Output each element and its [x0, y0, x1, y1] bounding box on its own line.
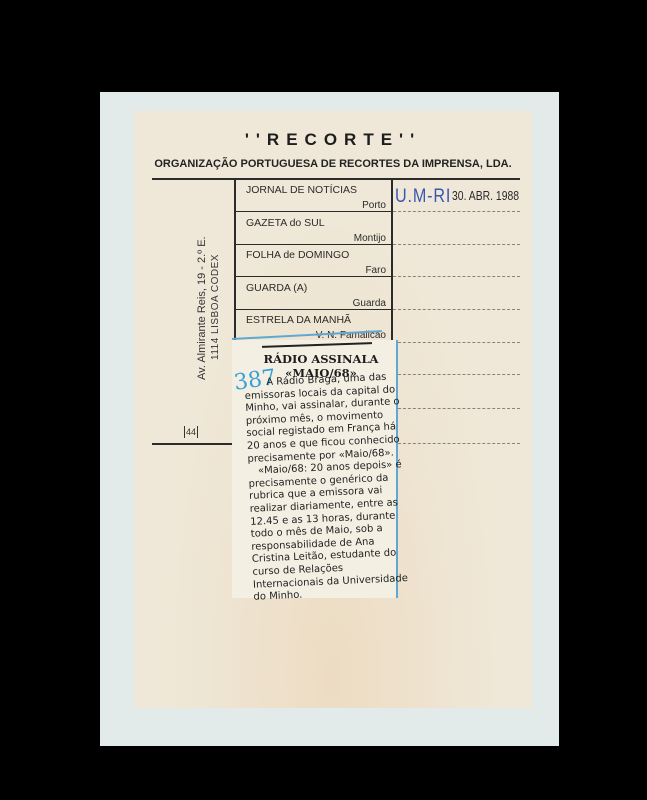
date-row-line	[393, 276, 520, 277]
publication-name: FOLHA de DOMINGO	[246, 249, 349, 261]
date-row-line	[393, 309, 520, 310]
publication-name: GAZETA do SUL	[246, 217, 325, 229]
clipping-body: A Rádio Braga, uma das emissoras locais …	[244, 371, 412, 604]
row-rule	[236, 309, 391, 310]
date-row-line	[393, 342, 520, 343]
row-rule	[236, 276, 391, 277]
date-stamp: 30. ABR. 1988	[452, 188, 519, 203]
publication-city: Faro	[365, 265, 386, 276]
address-line-street: Av. Almirante Reis, 19 - 2.º E.	[196, 236, 208, 380]
company-title: ''RECORTE''	[134, 130, 532, 150]
row-rule	[236, 244, 391, 245]
top-rule	[152, 178, 520, 180]
headline-line-1: RÁDIO ASSINALA	[246, 352, 396, 366]
clipping-paragraph: «Maio/68: 20 anos depois» é precisamente…	[248, 459, 412, 604]
publication-name: ESTRELA DA MANHÃ	[246, 314, 351, 326]
date-row-line	[393, 443, 520, 444]
publication-city: Porto	[362, 200, 386, 211]
company-subtitle: ORGANIZAÇÃO PORTUGUESA DE RECORTES DA IM…	[134, 158, 532, 170]
date-row-line	[393, 244, 520, 245]
clipping-paragraph: A Rádio Braga, uma das emissoras locais …	[244, 371, 406, 466]
date-row-line	[393, 211, 520, 212]
publication-name: GUARDA (A)	[246, 282, 307, 294]
date-row-line	[393, 374, 520, 375]
handwritten-code: U.M-RI	[395, 186, 451, 208]
row-rule	[236, 211, 391, 212]
date-row-line	[393, 408, 520, 409]
publication-city: Guarda	[353, 298, 386, 309]
publication-city: Montijo	[354, 233, 386, 244]
publication-name: JORNAL DE NOTÍCIAS	[246, 184, 357, 196]
page-number: 44	[184, 426, 198, 438]
address-line-city: 1114 LISBOA CODEX	[210, 254, 221, 360]
bottom-rule	[152, 443, 234, 445]
